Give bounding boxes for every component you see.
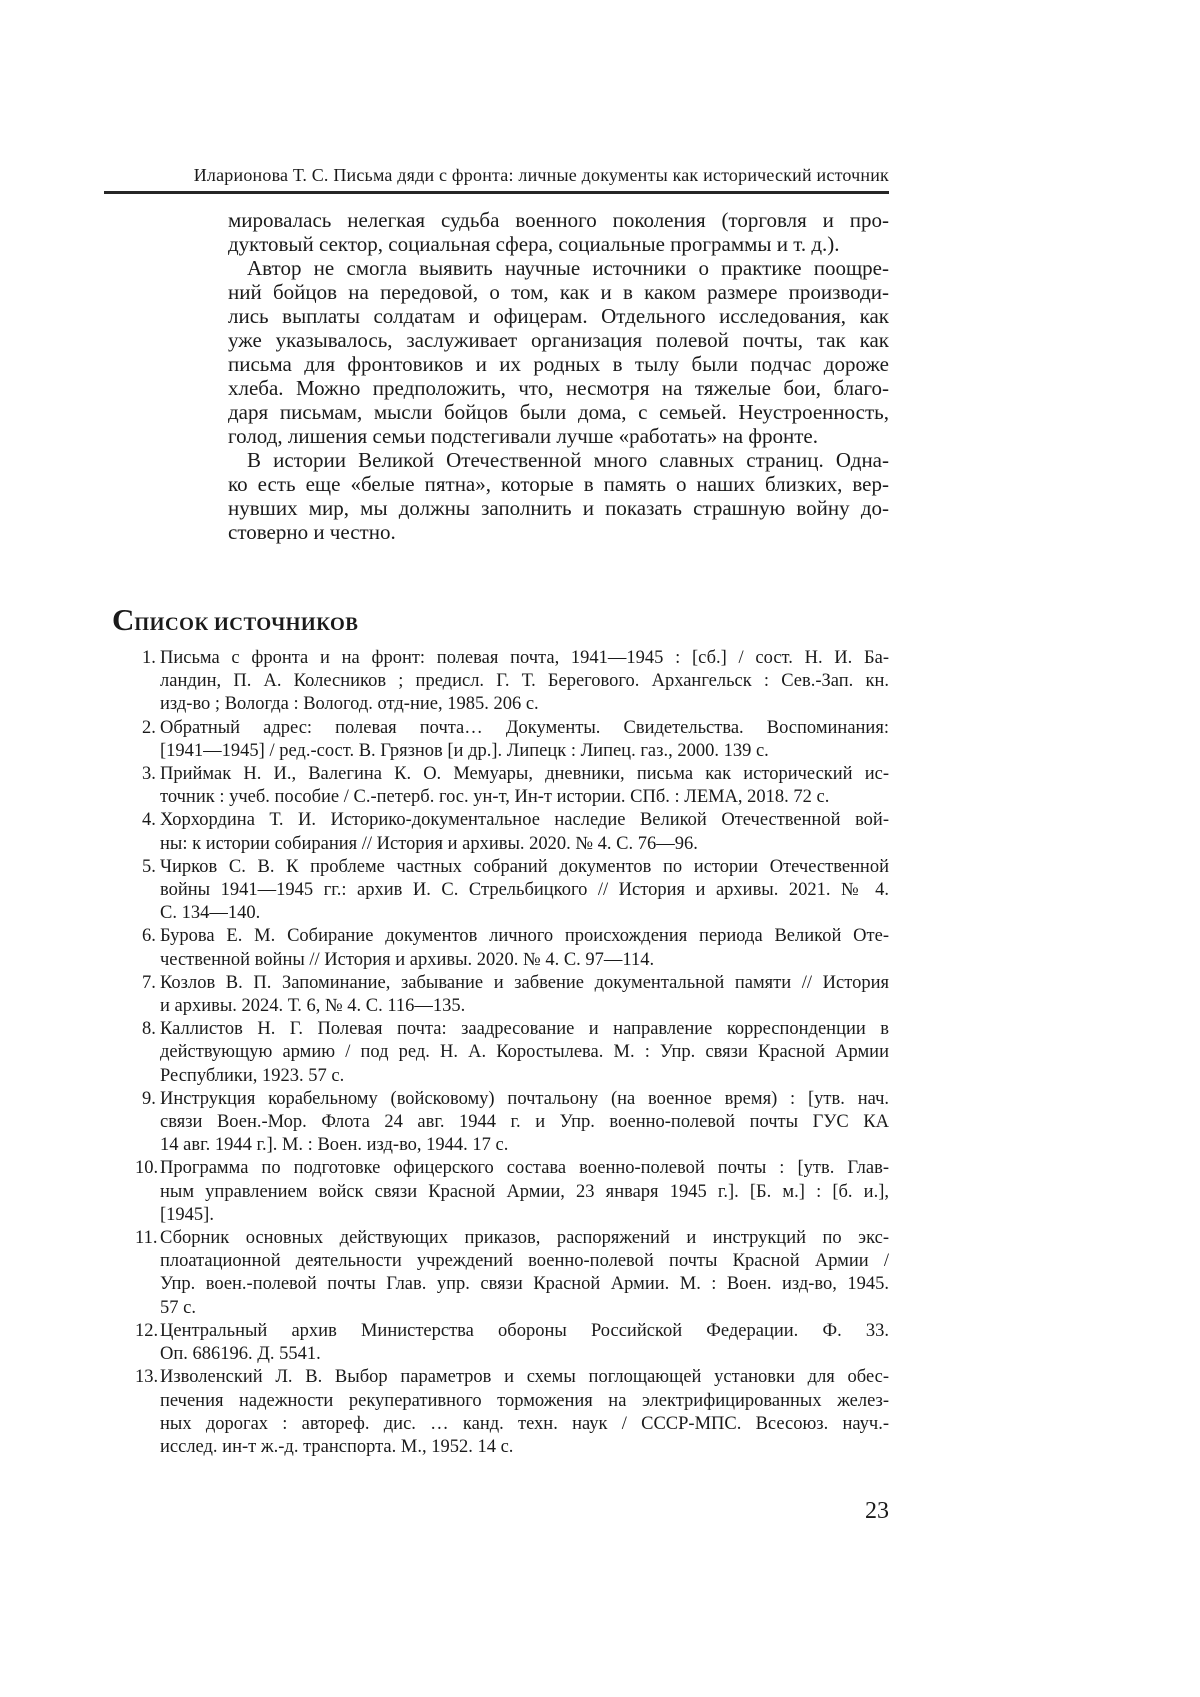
reference-item: 13.Изволенский Л. В. Выбор параметров и … bbox=[142, 1366, 889, 1459]
page-number: 23 bbox=[104, 1498, 889, 1524]
text-line: голод, лишения семьи подстегивали лучше … bbox=[228, 424, 889, 448]
running-header: Иларионова Т. С. Письма дяди с фронта: л… bbox=[104, 165, 889, 186]
paragraph: мировалась нелегкая судьба военного поко… bbox=[228, 208, 889, 256]
text-line: уже указывалось, заслуживает организация… bbox=[228, 328, 889, 352]
text-line: изд-во ; Вологда : Вологод. отд-ние, 198… bbox=[160, 693, 889, 716]
body-text: мировалась нелегкая судьба военного поко… bbox=[228, 208, 889, 544]
reference-number: 12. bbox=[135, 1320, 158, 1343]
text-line: В истории Великой Отечественной много сл… bbox=[228, 448, 889, 472]
text-line: Каллистов Н. Г. Полевая почта: заадресов… bbox=[160, 1018, 889, 1041]
reference-item: 8.Каллистов Н. Г. Полевая почта: заадрес… bbox=[142, 1018, 889, 1088]
text-line: С. 134—140. bbox=[160, 902, 889, 925]
text-line: даря письмам, мысли бойцов были дома, с … bbox=[228, 400, 889, 424]
text-line: Упр. воен.-полевой почты Глав. упр. связ… bbox=[160, 1273, 889, 1296]
text-line: плоатационной деятельности учреждений во… bbox=[160, 1250, 889, 1273]
text-line: ных дорогах : автореф. дис. … канд. техн… bbox=[160, 1413, 889, 1436]
text-line: Бурова Е. М. Собирание документов личног… bbox=[160, 925, 889, 948]
paragraph: Автор не смогла выявить научные источник… bbox=[228, 256, 889, 448]
reference-number: 4. bbox=[142, 809, 156, 832]
reference-item: 3.Приймак Н. И., Валегина К. О. Мемуары,… bbox=[142, 763, 889, 809]
document-page: Иларионова Т. С. Письма дяди с фронта: л… bbox=[0, 0, 1200, 1697]
text-line: исслед. ин-т ж.-д. транспорта. М., 1952.… bbox=[160, 1436, 889, 1459]
text-line: печения надежности рекуперативного тормо… bbox=[160, 1390, 889, 1413]
reference-number: 9. bbox=[142, 1088, 156, 1111]
reference-item: 1.Письма с фронта и на фронт: полевая по… bbox=[142, 647, 889, 717]
paragraph: В истории Великой Отечественной много сл… bbox=[228, 448, 889, 544]
text-line: Приймак Н. И., Валегина К. О. Мемуары, д… bbox=[160, 763, 889, 786]
text-line: хлеба. Можно предположить, что, несмотря… bbox=[228, 376, 889, 400]
reference-number: 13. bbox=[135, 1366, 158, 1389]
text-line: ландин, П. А. Колесников ; предисл. Г. Т… bbox=[160, 670, 889, 693]
reference-number: 8. bbox=[142, 1018, 156, 1041]
text-line: связи Воен.-Мор. Флота 24 авг. 1944 г. и… bbox=[160, 1111, 889, 1134]
text-line: действующую армию / под ред. Н. А. Корос… bbox=[160, 1041, 889, 1064]
text-line: Обратный адрес: полевая почта… Документы… bbox=[160, 717, 889, 740]
reference-number: 1. bbox=[142, 647, 156, 670]
text-line: Центральный архив Министерства обороны Р… bbox=[160, 1320, 889, 1343]
text-line: Чирков С. В. К проблеме частных собраний… bbox=[160, 856, 889, 879]
reference-number: 3. bbox=[142, 763, 156, 786]
sources-heading: Список источников bbox=[112, 603, 358, 642]
text-line: точник : учеб. пособие / С.-петерб. гос.… bbox=[160, 786, 889, 809]
reference-number: 7. bbox=[142, 972, 156, 995]
text-line: Автор не смогла выявить научные источник… bbox=[228, 256, 889, 280]
reference-item: 11.Сборник основных действующих приказов… bbox=[142, 1227, 889, 1320]
text-line: Республики, 1923. 57 с. bbox=[160, 1065, 889, 1088]
text-line: мировалась нелегкая судьба военного поко… bbox=[228, 208, 889, 232]
text-line: ным управлением войск связи Красной Арми… bbox=[160, 1181, 889, 1204]
text-line: Хорхордина Т. И. Историко-документальное… bbox=[160, 809, 889, 832]
text-line: Инструкция корабельному (войсковому) поч… bbox=[160, 1088, 889, 1111]
references-list: 1.Письма с фронта и на фронт: полевая по… bbox=[142, 647, 889, 1459]
text-line: письма для фронтовиков и их родных в тыл… bbox=[228, 352, 889, 376]
text-line: лись выплаты солдатам и офицерам. Отдель… bbox=[228, 304, 889, 328]
sources-heading-initial: С bbox=[112, 602, 134, 637]
text-line: ний бойцов на передовой, о том, как и в … bbox=[228, 280, 889, 304]
reference-item: 4.Хорхордина Т. И. Историко-документальн… bbox=[142, 809, 889, 855]
text-line: и архивы. 2024. Т. 6, № 4. С. 116—135. bbox=[160, 995, 889, 1018]
text-line: 57 с. bbox=[160, 1297, 889, 1320]
text-line: ко есть еще «белые пятна», которые в пам… bbox=[228, 472, 889, 496]
reference-item: 9.Инструкция корабельному (войсковому) п… bbox=[142, 1088, 889, 1158]
text-line: стоверно и честно. bbox=[228, 520, 889, 544]
reference-item: 10.Программа по подготовке офицерского с… bbox=[142, 1157, 889, 1227]
text-line: Изволенский Л. В. Выбор параметров и схе… bbox=[160, 1366, 889, 1389]
reference-item: 2.Обратный адрес: полевая почта… Докумен… bbox=[142, 717, 889, 763]
reference-item: 5.Чирков С. В. К проблеме частных собран… bbox=[142, 856, 889, 926]
sources-heading-rest: писок источников bbox=[134, 614, 358, 635]
reference-number: 5. bbox=[142, 856, 156, 879]
text-line: дуктовый сектор, социальная сфера, социа… bbox=[228, 232, 889, 256]
text-line: Письма с фронта и на фронт: полевая почт… bbox=[160, 647, 889, 670]
reference-item: 12.Центральный архив Министерства оборон… bbox=[142, 1320, 889, 1366]
text-line: войны 1941—1945 гг.: архив И. С. Стрельб… bbox=[160, 879, 889, 902]
reference-number: 6. bbox=[142, 925, 156, 948]
reference-number: 11. bbox=[135, 1227, 157, 1250]
reference-number: 10. bbox=[135, 1157, 158, 1180]
text-line: Оп. 686196. Д. 5541. bbox=[160, 1343, 889, 1366]
text-line: нувших мир, мы должны заполнить и показа… bbox=[228, 496, 889, 520]
text-line: 14 авг. 1944 г.]. М. : Воен. изд-во, 194… bbox=[160, 1134, 889, 1157]
text-line: чественной войны // История и архивы. 20… bbox=[160, 949, 889, 972]
text-line: [1945]. bbox=[160, 1204, 889, 1227]
header-rule bbox=[104, 191, 889, 194]
text-line: [1941—1945] / ред.-сост. В. Грязнов [и д… bbox=[160, 740, 889, 763]
reference-number: 2. bbox=[142, 717, 156, 740]
reference-item: 7.Козлов В. П. Запоминание, забывание и … bbox=[142, 972, 889, 1018]
text-line: ны: к истории собирания // История и арх… bbox=[160, 833, 889, 856]
text-line: Козлов В. П. Запоминание, забывание и за… bbox=[160, 972, 889, 995]
reference-item: 6.Бурова Е. М. Собирание документов личн… bbox=[142, 925, 889, 971]
text-line: Программа по подготовке офицерского сост… bbox=[160, 1157, 889, 1180]
text-line: Сборник основных действующих приказов, р… bbox=[160, 1227, 889, 1250]
